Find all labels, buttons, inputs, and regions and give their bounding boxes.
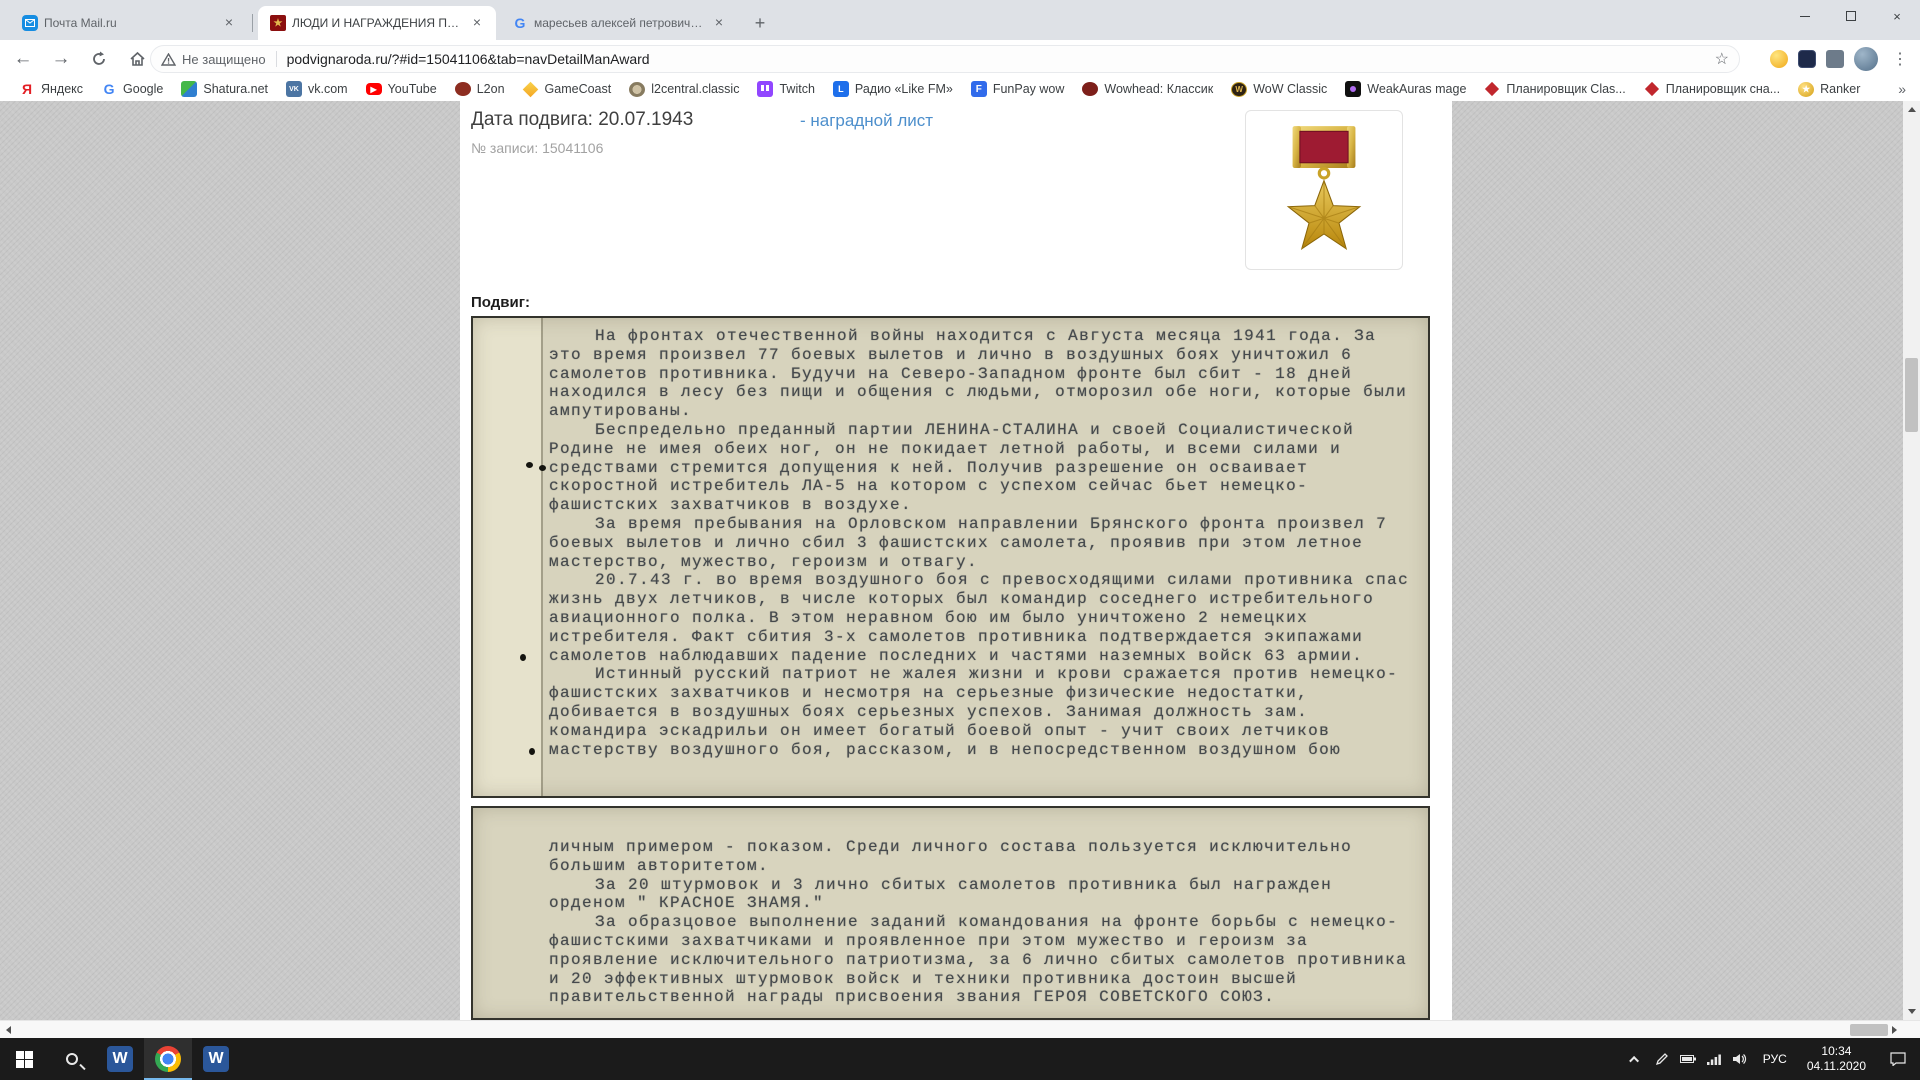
windows-logo-icon bbox=[16, 1051, 33, 1068]
security-label: Не защищено bbox=[182, 52, 266, 67]
taskbar-clock[interactable]: 10:34 04.11.2020 bbox=[1797, 1044, 1876, 1074]
bookmark-label: l2central.classic bbox=[651, 82, 739, 96]
url-text[interactable]: podvignaroda.ru/?#id=15041106&tab=navDet… bbox=[287, 51, 650, 67]
bookmark-vk[interactable]: VKvk.com bbox=[277, 79, 357, 99]
tab-google-search[interactable]: G маресьев алексей петрович - П × bbox=[500, 6, 738, 40]
award-document-scan-1: На фронтах отечественной войны находится… bbox=[471, 316, 1430, 798]
planner-icon bbox=[1484, 81, 1500, 97]
tab-podvignaroda[interactable]: ★ ЛЮДИ И НАГРАЖДЕНИЯ Поиск × bbox=[258, 6, 496, 40]
gamecoast-icon bbox=[523, 81, 539, 97]
bookmark-label: Радио «Like FM» bbox=[855, 82, 953, 96]
system-tray: РУС 10:34 04.11.2020 bbox=[1623, 1038, 1920, 1080]
scan1-paragraph: Истинный русский патриот не жалея жизни … bbox=[549, 665, 1414, 759]
forward-icon[interactable]: → bbox=[46, 44, 76, 74]
bookmark-label: WeakAuras mage bbox=[1367, 82, 1466, 96]
chip-separator bbox=[276, 51, 277, 67]
address-bar[interactable]: Не защищено podvignaroda.ru/?#id=1504110… bbox=[150, 45, 1740, 73]
close-window-button[interactable]: × bbox=[1874, 0, 1920, 32]
windows-taskbar: W W РУС 10:34 04.11.2020 bbox=[0, 1038, 1920, 1080]
tab-title: ЛЮДИ И НАГРАЖДЕНИЯ Поиск bbox=[292, 16, 462, 30]
bookmark-yandex[interactable]: ЯЯндекс bbox=[10, 79, 92, 99]
bookmark-label: Планировщик сна... bbox=[1666, 82, 1780, 96]
record-number: № записи: 15041106 bbox=[471, 140, 603, 156]
scan2-paragraph: личным примером - показом. Среди личного… bbox=[549, 838, 1414, 876]
volume-icon[interactable] bbox=[1727, 1038, 1753, 1080]
reload-icon[interactable] bbox=[84, 44, 114, 74]
extension-icon-2[interactable] bbox=[1798, 50, 1816, 68]
pen-icon[interactable] bbox=[1649, 1038, 1675, 1080]
scan1-paragraph: За время пребывания на Орловском направл… bbox=[549, 515, 1414, 571]
scroll-left-icon[interactable] bbox=[0, 1021, 17, 1039]
taskbar-time: 10:34 bbox=[1807, 1044, 1866, 1059]
google-favicon: G bbox=[512, 15, 528, 31]
search-icon bbox=[66, 1053, 78, 1065]
taskbar-word-2[interactable]: W bbox=[192, 1038, 240, 1080]
bookmarks-bar: ЯЯндекс GGoogle Shatura.net VKvk.com ▶Yo… bbox=[0, 77, 1920, 101]
scroll-down-icon[interactable] bbox=[1903, 1003, 1920, 1020]
bookmark-l2central[interactable]: l2central.classic bbox=[620, 80, 748, 99]
planner-icon bbox=[1644, 81, 1660, 97]
bookmark-ranker[interactable]: ★Ranker bbox=[1789, 80, 1869, 99]
warning-icon bbox=[161, 53, 176, 66]
tab-title: маресьев алексей петрович - П bbox=[534, 16, 704, 30]
wowclassic-icon: W bbox=[1231, 82, 1247, 97]
content-panel: Дата подвига: 20.07.1943 - наградной лис… bbox=[460, 101, 1452, 1020]
bookmark-shatura[interactable]: Shatura.net bbox=[172, 79, 277, 99]
scroll-right-icon[interactable] bbox=[1886, 1021, 1903, 1039]
bookmark-google[interactable]: GGoogle bbox=[92, 79, 172, 99]
start-button[interactable] bbox=[0, 1038, 48, 1080]
bookmark-label: GameCoast bbox=[545, 82, 612, 96]
page-background: Дата подвига: 20.07.1943 - наградной лис… bbox=[0, 101, 1903, 1020]
award-document-scan-2: личным примером - показом. Среди личного… bbox=[471, 806, 1430, 1020]
back-icon[interactable]: ← bbox=[8, 44, 38, 74]
tab-title: Почта Mail.ru bbox=[44, 16, 214, 30]
scan1-paragraph: На фронтах отечественной войны находится… bbox=[549, 327, 1414, 421]
browser-menu-icon[interactable]: ⋮ bbox=[1888, 49, 1912, 69]
vertical-scrollbar[interactable] bbox=[1903, 101, 1920, 1020]
google-icon: G bbox=[101, 81, 117, 97]
punch-hole bbox=[526, 462, 533, 468]
bookmark-label: Яндекс bbox=[41, 82, 83, 96]
bookmark-label: Shatura.net bbox=[203, 82, 268, 96]
scan2-text: личным примером - показом. Среди личного… bbox=[473, 808, 1428, 1011]
feat-section-label: Подвиг: bbox=[471, 294, 530, 311]
punch-hole bbox=[520, 654, 526, 661]
bookmark-wowclassic[interactable]: WWoW Classic bbox=[1222, 80, 1336, 99]
action-center-icon[interactable] bbox=[1876, 1038, 1920, 1080]
security-chip[interactable]: Не защищено bbox=[161, 52, 266, 67]
podvignaroda-favicon: ★ bbox=[270, 15, 286, 31]
bookmark-gamecoast[interactable]: GameCoast bbox=[514, 79, 621, 99]
youtube-icon: ▶ bbox=[366, 83, 382, 95]
tab-separator bbox=[252, 14, 253, 32]
home-icon[interactable] bbox=[122, 44, 152, 74]
tab-strip: Почта Mail.ru × ★ ЛЮДИ И НАГРАЖДЕНИЯ Пои… bbox=[0, 0, 1920, 40]
scan1-paragraph: Беспредельно преданный партии ЛЕНИНА-СТА… bbox=[549, 421, 1414, 515]
ranker-icon: ★ bbox=[1798, 82, 1814, 97]
maximize-button[interactable] bbox=[1828, 0, 1874, 32]
bookmarks-overflow-icon[interactable]: » bbox=[1892, 79, 1912, 99]
tab-close-icon[interactable]: × bbox=[710, 14, 728, 32]
horizontal-scroll-thumb[interactable] bbox=[1850, 1024, 1888, 1036]
taskbar-search-button[interactable] bbox=[48, 1038, 96, 1080]
chrome-icon bbox=[155, 1046, 181, 1072]
punch-hole bbox=[529, 748, 535, 755]
yandex-icon: Я bbox=[19, 81, 35, 97]
horizontal-scrollbar[interactable] bbox=[0, 1020, 1920, 1038]
bookmark-twitch[interactable]: Twitch bbox=[748, 79, 823, 99]
taskbar-word-1[interactable]: W bbox=[96, 1038, 144, 1080]
bookmark-label: WoW Classic bbox=[1253, 82, 1327, 96]
bookmark-label: L2on bbox=[477, 82, 505, 96]
taskbar-chrome[interactable] bbox=[144, 1038, 192, 1080]
award-sheet-link[interactable]: - наградной лист bbox=[800, 111, 933, 131]
scroll-up-icon[interactable] bbox=[1903, 101, 1920, 118]
bookmark-label: vk.com bbox=[308, 82, 348, 96]
bookmark-label: YouTube bbox=[388, 82, 437, 96]
bookmark-likefm[interactable]: LРадио «Like FM» bbox=[824, 79, 962, 99]
tab-close-icon[interactable]: × bbox=[468, 14, 486, 32]
punch-hole bbox=[539, 465, 546, 471]
wowhead-icon bbox=[1082, 82, 1098, 96]
network-icon[interactable] bbox=[1701, 1038, 1727, 1080]
scan1-paragraph: 20.7.43 г. во время воздушного боя с пре… bbox=[549, 571, 1414, 665]
scan1-text: На фронтах отечественной войны находится… bbox=[473, 318, 1428, 763]
language-indicator[interactable]: РУС bbox=[1753, 1052, 1797, 1066]
browser-toolbar: ← → Не защищено podvignaroda.ru/?#id=150… bbox=[0, 40, 1920, 77]
bookmark-planner-1[interactable]: Планировщик Clas... bbox=[1475, 79, 1634, 99]
battery-icon[interactable] bbox=[1675, 1038, 1701, 1080]
mailru-favicon bbox=[22, 15, 38, 31]
l2central-icon bbox=[629, 82, 645, 97]
taskbar-date: 04.11.2020 bbox=[1807, 1059, 1866, 1074]
extensions-area: ⋮ bbox=[1770, 44, 1912, 74]
tab-close-icon[interactable]: × bbox=[220, 14, 238, 32]
bookmark-weakauras[interactable]: WeakAuras mage bbox=[1336, 79, 1475, 99]
bookmark-label: Twitch bbox=[779, 82, 814, 96]
bookmark-label: Wowhead: Классик bbox=[1104, 82, 1213, 96]
vk-icon: VK bbox=[286, 81, 302, 97]
bookmark-wowhead[interactable]: Wowhead: Классик bbox=[1073, 80, 1222, 98]
bookmark-label: FunPay wow bbox=[993, 82, 1065, 96]
scan2-paragraph: За образцовое выполнение заданий командо… bbox=[549, 913, 1414, 1007]
likefm-icon: L bbox=[833, 81, 849, 97]
bookmark-l2on[interactable]: L2on bbox=[446, 80, 514, 98]
tab-mailru[interactable]: Почта Mail.ru × bbox=[10, 6, 248, 40]
twitch-icon bbox=[757, 81, 773, 97]
shatura-icon bbox=[181, 81, 197, 97]
bookmark-star-icon[interactable]: ☆ bbox=[1715, 49, 1729, 69]
bookmark-youtube[interactable]: ▶YouTube bbox=[357, 80, 446, 98]
funpay-icon: F bbox=[971, 81, 987, 97]
scan2-paragraph: За 20 штурмовок и 3 лично сбитых самолет… bbox=[549, 876, 1414, 914]
feat-date: Дата подвига: 20.07.1943 bbox=[471, 109, 693, 131]
extension-icon-1[interactable] bbox=[1770, 50, 1788, 68]
bookmark-label: Ranker bbox=[1820, 82, 1860, 96]
weakauras-icon bbox=[1345, 81, 1361, 97]
word-icon: W bbox=[203, 1046, 229, 1072]
gold-star-medal-icon bbox=[1269, 124, 1379, 256]
l2on-icon bbox=[455, 82, 471, 96]
new-tab-button[interactable]: + bbox=[746, 10, 774, 38]
hidden-icons-chevron-icon[interactable] bbox=[1623, 1038, 1649, 1080]
bookmark-funpay[interactable]: FFunPay wow bbox=[962, 79, 1074, 99]
bookmark-label: Планировщик Clas... bbox=[1506, 82, 1625, 96]
minimize-button[interactable] bbox=[1782, 0, 1828, 32]
bookmark-label: Google bbox=[123, 82, 163, 96]
vertical-scroll-thumb[interactable] bbox=[1905, 358, 1918, 432]
word-icon: W bbox=[107, 1046, 133, 1072]
window-controls: × bbox=[1782, 0, 1920, 32]
bookmark-planner-2[interactable]: Планировщик сна... bbox=[1635, 79, 1789, 99]
award-medal-image bbox=[1245, 110, 1403, 270]
extension-icon-3[interactable] bbox=[1826, 50, 1844, 68]
profile-avatar[interactable] bbox=[1854, 47, 1878, 71]
